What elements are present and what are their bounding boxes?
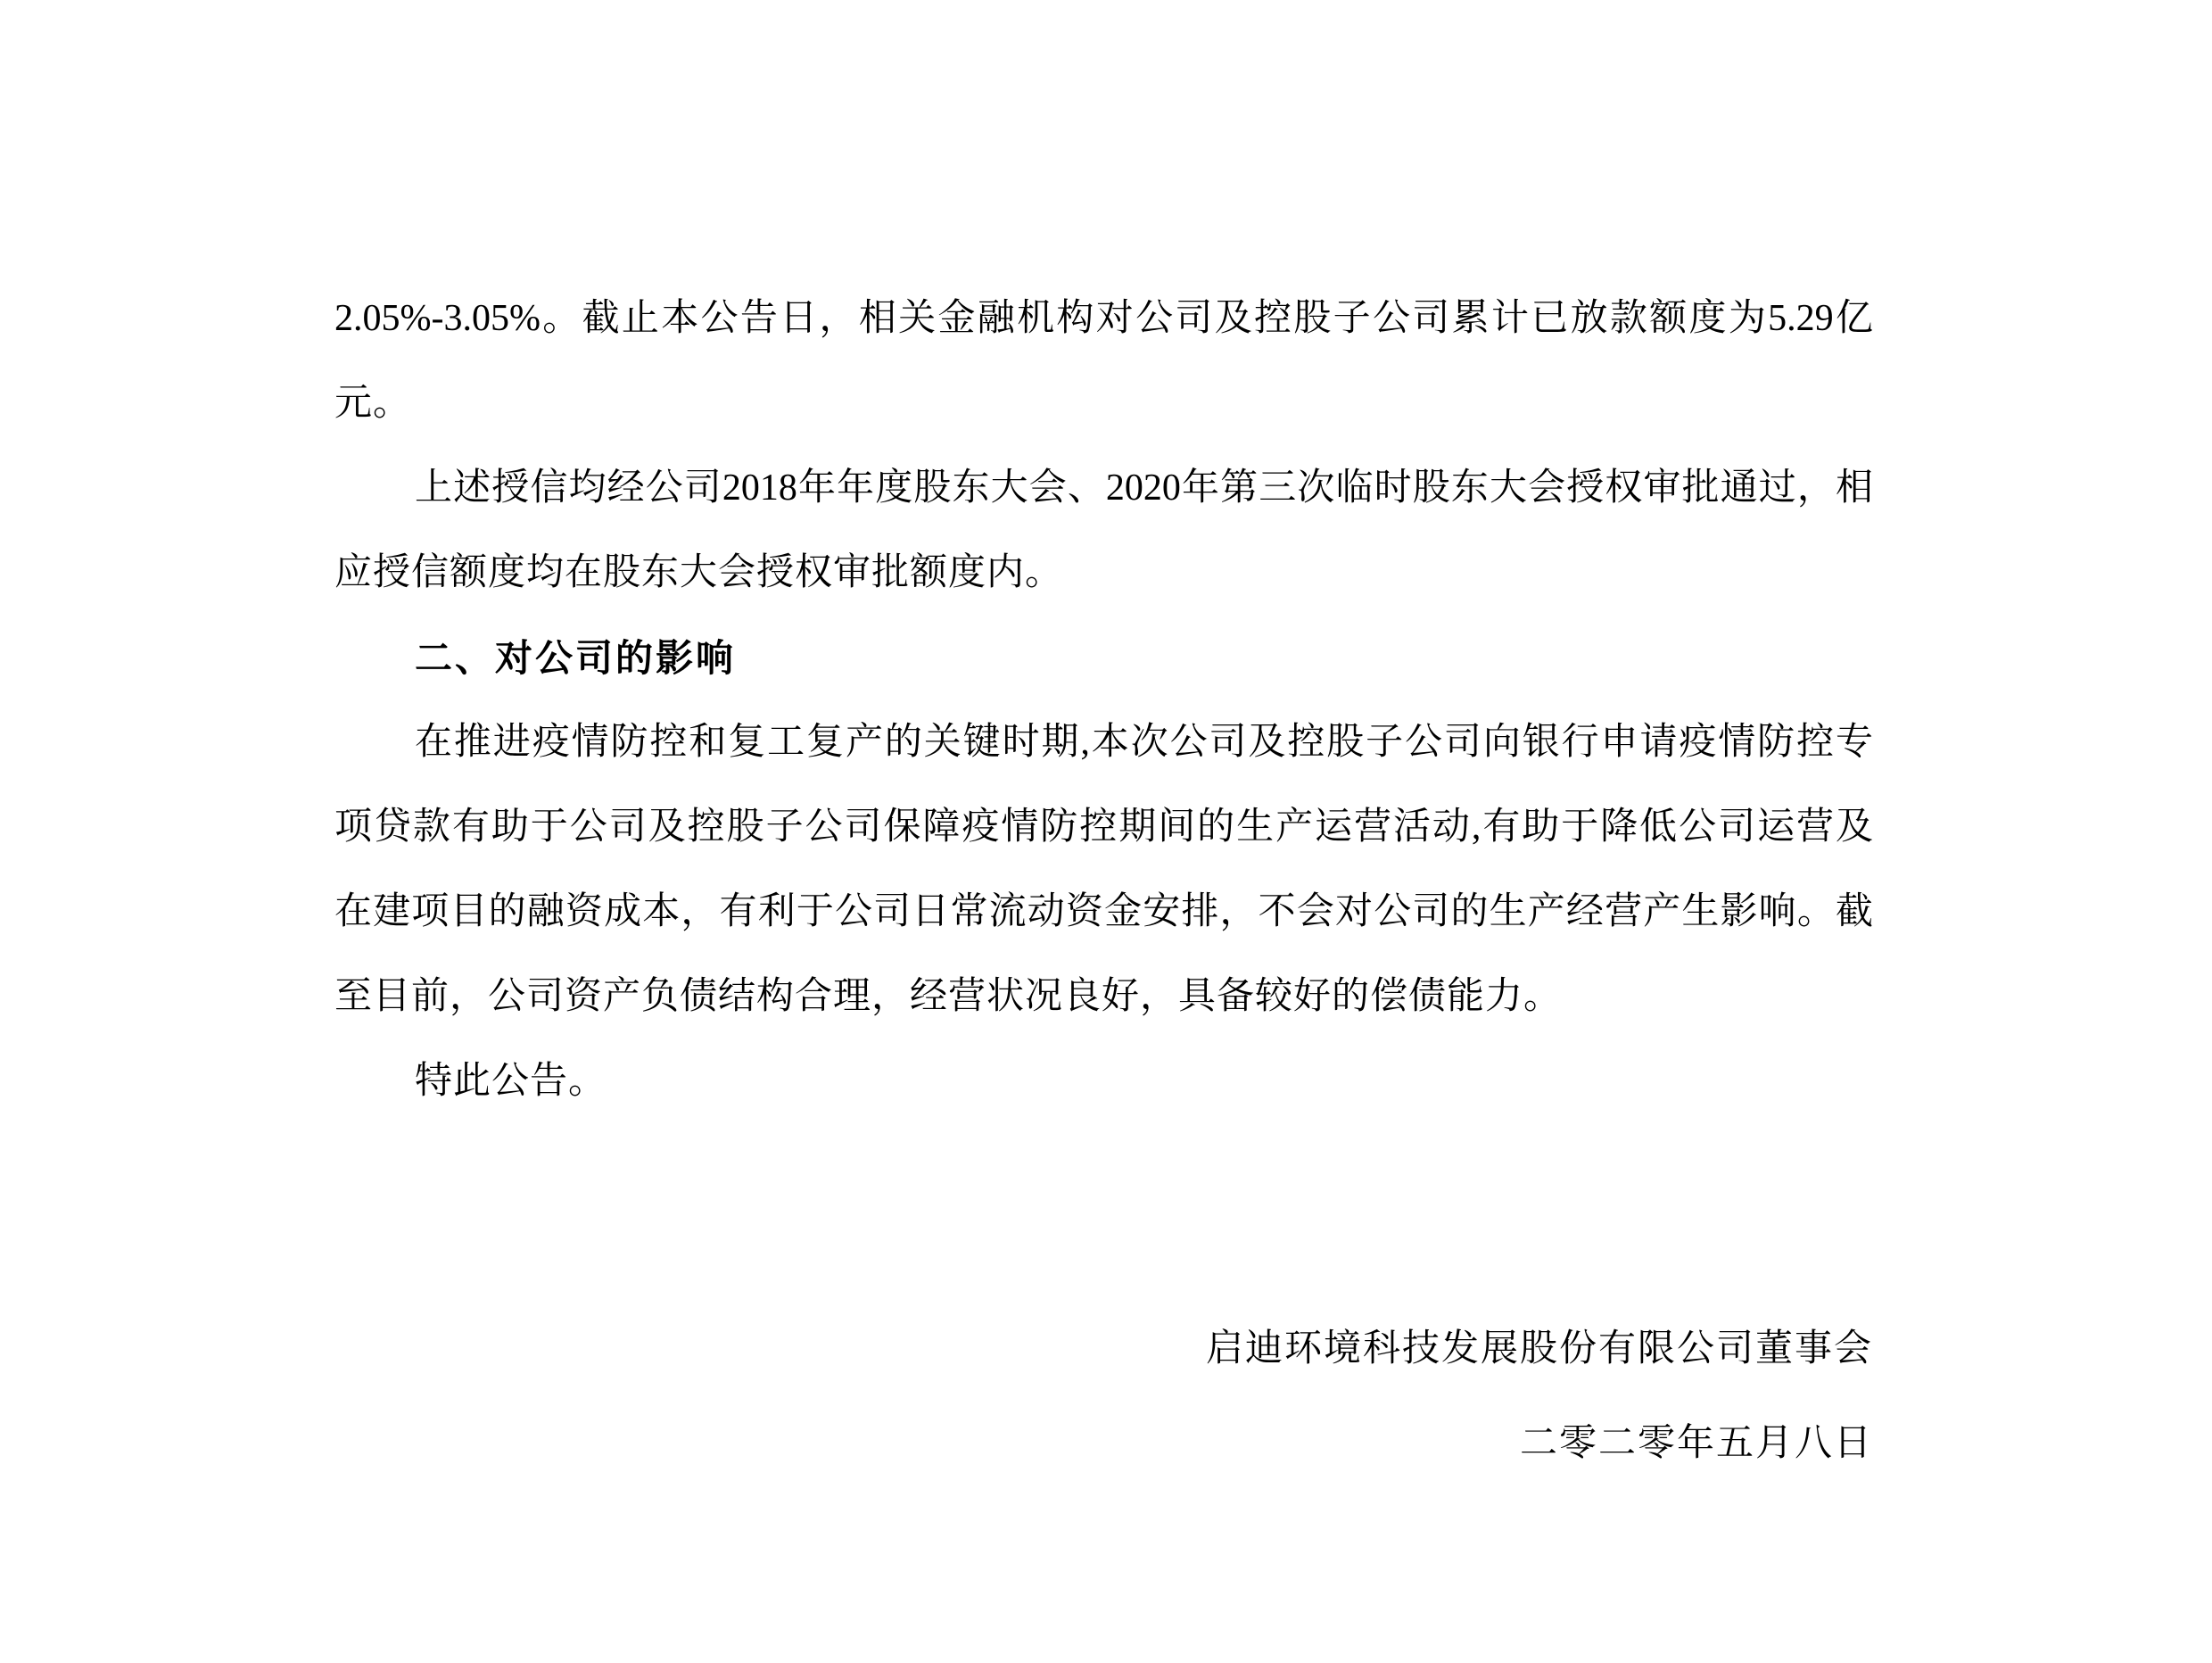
paragraph-approval-line-1: 上述授信均经公司2018年年度股东大会、2020年第三次临时股东大会授权审批通过… [334,446,1873,531]
signature-block: 启迪环境科技发展股份有限公司董事会 二零二零年五月八日 [334,1307,1873,1486]
paragraph-impact-line-2: 项贷款有助于公司及控股子公司保障疫情防控期间的生产运营活动,有助于降低公司运营及 [334,785,1873,870]
paragraph-credit-line-1: 2.05%-3.05%。截止本公告日，相关金融机构对公司及控股子公司累计已放款额… [334,277,1873,361]
paragraph-impact-line-3: 在建项目的融资成本，有利于公司日常流动资金安排，不会对公司的生产经营产生影响。截 [334,870,1873,955]
signature-date: 二零二零年五月八日 [334,1402,1873,1486]
section-heading-impact: 二、对公司的影响 [334,616,1873,700]
announcement-page: 2.05%-3.05%。截止本公告日，相关金融机构对公司及控股子公司累计已放款额… [0,0,2212,1663]
paragraph-approval-line-2: 应授信额度均在股东大会授权审批额度内。 [334,531,1873,616]
paragraph-credit-line-2: 元。 [334,361,1873,446]
document-body: 2.05%-3.05%。截止本公告日，相关金融机构对公司及控股子公司累计已放款额… [334,277,1873,1486]
signature-company: 启迪环境科技发展股份有限公司董事会 [334,1307,1873,1392]
paragraph-impact-line-4: 至目前，公司资产负债结构合理，经营状况良好，具备较好的偿债能力。 [334,955,1873,1039]
paragraph-impact-line-1: 在推进疫情防控和复工复产的关键时期,本次公司及控股子公司向银行申请疫情防控专 [334,700,1873,785]
closing-statement: 特此公告。 [334,1039,1873,1124]
